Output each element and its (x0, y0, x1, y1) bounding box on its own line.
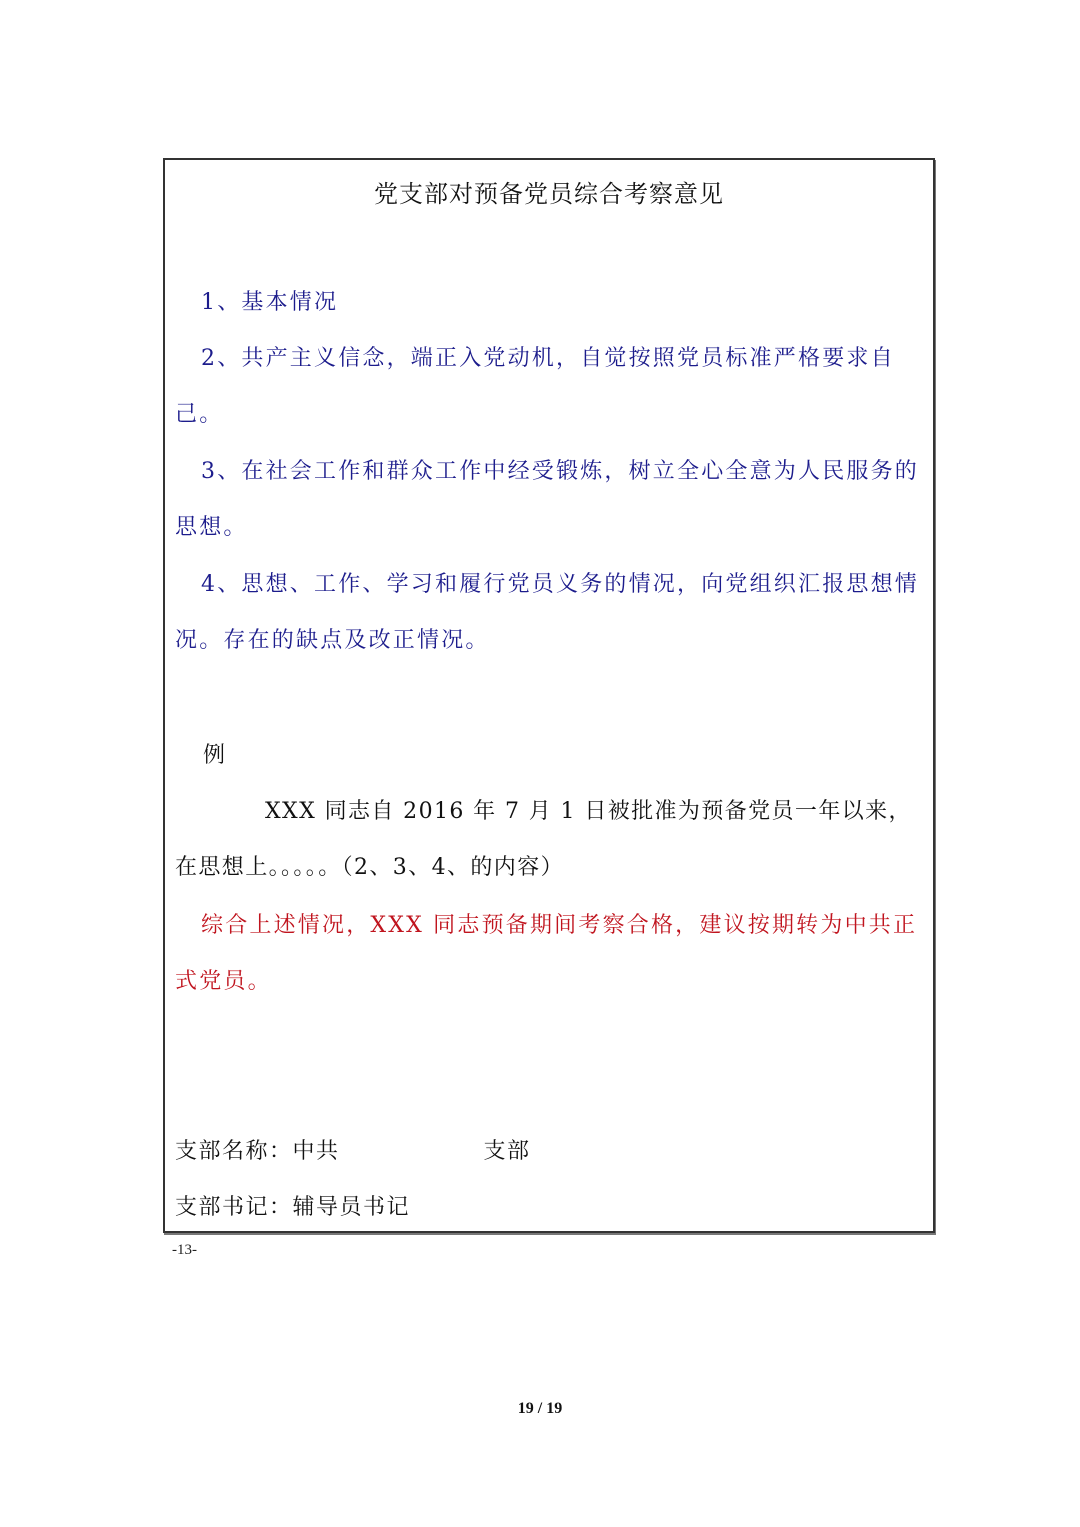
secretary-label: 支部书记： (175, 1195, 293, 1220)
branch-name-suffix: 支部 (484, 1139, 531, 1164)
item-belief-motivation: 2、共产主义信念，端正入党动机，自觉按照党员标准严格要求自己。 (175, 331, 927, 443)
page-indicator: 19 / 19 (0, 1400, 1080, 1418)
example-label: 例 (203, 728, 225, 784)
secretary-value: 辅导员书记 (293, 1195, 411, 1220)
example-body: XXX 同志自 2016 年 7 月 1 日被批准为预备党员一年以来，在思想上。… (175, 784, 927, 896)
branch-name-row: 支部名称：中共支部 (175, 1132, 531, 1172)
form-title: 党支部对预备党员综合考察意见 (165, 174, 933, 209)
inner-page-number: -13- (172, 1242, 197, 1259)
item-basic-info: 1、基本情况 (175, 275, 927, 331)
secretary-row: 支部书记：辅导员书记 (175, 1188, 410, 1228)
conclusion-text: 综合上述情况，XXX 同志预备期间考察合格，建议按期转为中共正式党员。 (175, 898, 927, 1010)
branch-name-label: 支部名称： (175, 1139, 293, 1164)
assessment-form: 党支部对预备党员综合考察意见 1、基本情况 2、共产主义信念，端正入党动机，自觉… (163, 158, 935, 1233)
branch-name-prefix: 中共 (293, 1139, 340, 1164)
item-obligations: 4、思想、工作、学习和履行党员义务的情况，向党组织汇报思想情况。存在的缺点及改正… (175, 557, 927, 669)
item-social-work: 3、在社会工作和群众工作中经受锻炼，树立全心全意为人民服务的思想。 (175, 444, 927, 556)
